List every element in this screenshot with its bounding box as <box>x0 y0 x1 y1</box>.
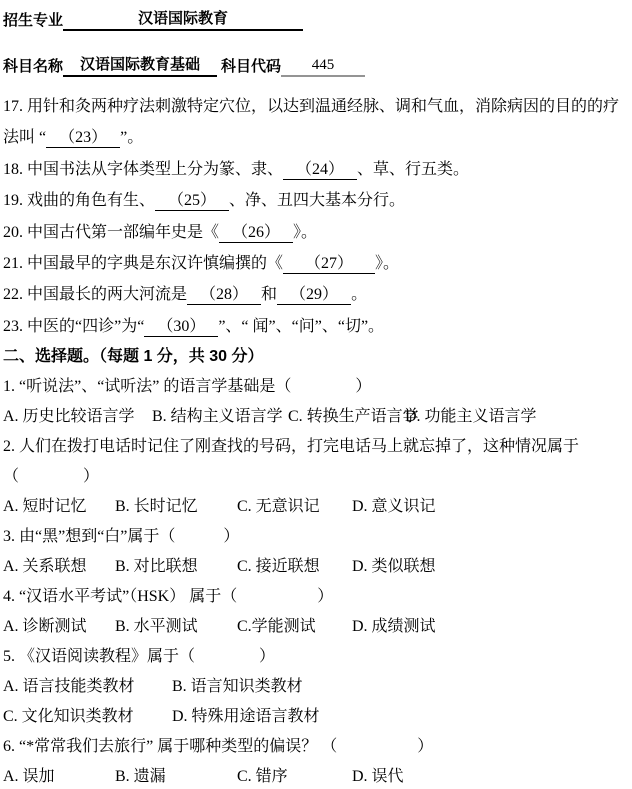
question-17-line1: 17. 用针和灸两种疗法刺激特定穴位，以达到温通经脉、调和气血，消除病因的目的的… <box>3 91 632 122</box>
mc-question-3-options: A. 关系联想 B. 对比联想 C. 接近联想 D. 类似联想 <box>3 552 632 582</box>
question-17-text: 17. 用针和灸两种疗法刺激特定穴位，以达到温通经脉、调和气血，消除病因的目的的… <box>3 98 619 115</box>
blank-23: （23） <box>46 128 120 148</box>
blank-28: （28） <box>187 285 261 305</box>
question-20-post: 》。 <box>293 224 317 241</box>
header-row-admission-major: 招生专业 汉语国际教育 <box>0 0 632 31</box>
question-20-pre: 20. 中国古代第一部编年史是《 <box>3 224 219 241</box>
option-2c: C. 无意识记 <box>237 492 352 522</box>
option-1c: C. 转换生产语言学 <box>288 402 405 432</box>
subject-code-value: 445 <box>281 57 365 77</box>
option-5d: D. 特殊用途语言教材 <box>172 702 320 732</box>
option-6a: A. 误加 <box>3 762 115 789</box>
question-21-line: 21. 中国最早的字典是东汉许慎编撰的《（27）》。 <box>3 248 632 279</box>
option-5c: C. 文化知识类教材 <box>3 702 172 732</box>
option-4d: D. 成绩测试 <box>352 612 436 642</box>
question-19-line: 19. 戏曲的角色有生、（25）、净、丑四大基本分行。 <box>3 185 632 216</box>
header-row-subject: 科目名称 汉语国际教育基础 科目代码 445 <box>0 53 632 77</box>
question-19-post: 、净、丑四大基本分行。 <box>229 192 405 209</box>
blank-27: （27） <box>283 254 375 274</box>
question-18-line: 18. 中国书法从字体类型上分为篆、隶、（24）、草、行五类。 <box>3 154 632 185</box>
mc-question-4-stem: 4. “汉语水平考试”（HSK） 属于（ ） <box>3 582 632 612</box>
mc-question-1-stem: 1. “听说法”、“试听法” 的语言学基础是（ ） <box>3 372 632 402</box>
question-20-line: 20. 中国古代第一部编年史是《（26）》。 <box>3 217 632 248</box>
mc-question-5-stem: 5. 《汉语阅读教程》属于（ ） <box>3 642 632 672</box>
option-3c: C. 接近联想 <box>237 552 352 582</box>
mc-question-5-options-row2: C. 文化知识类教材 D. 特殊用途语言教材 <box>3 702 632 732</box>
section-2-title: 二、选择题。（每题 1 分，共 30 分） <box>3 342 632 372</box>
mc-question-4-options: A. 诊断测试 B. 水平测试 C.学能测试 D. 成绩测试 <box>3 612 632 642</box>
fill-in-section: 17. 用针和灸两种疗法刺激特定穴位，以达到温通经脉、调和气血，消除病因的目的的… <box>0 91 632 342</box>
mc-question-2-stem: 2. 人们在拨打电话时记住了刚查找的号码，打完电话马上就忘掉了，这种情况属于 <box>3 432 632 462</box>
question-22-line: 22. 中国最长的两大河流是（28）和（29）。 <box>3 279 632 310</box>
question-17-line2: 法叫 “（23）”。 <box>3 122 632 153</box>
option-5a: A. 语言技能类教材 <box>3 672 172 702</box>
mc-question-3-stem: 3. 由“黑”想到“白”属于（ ） <box>3 522 632 552</box>
option-3a: A. 关系联想 <box>3 552 115 582</box>
option-1d: D. 功能主义语言学 <box>405 402 537 432</box>
question-21-post: 》。 <box>375 255 399 272</box>
mc-question-5-options-row1: A. 语言技能类教材 B. 语言知识类教材 <box>3 672 632 702</box>
question-23-line: 23. 中医的“四诊”为“（30）”、“ 闻”、“问”、“切”。 <box>3 311 632 342</box>
question-21-pre: 21. 中国最早的字典是东汉许慎编撰的《 <box>3 255 283 272</box>
question-19-pre: 19. 戏曲的角色有生、 <box>3 192 155 209</box>
option-6c: C. 错序 <box>237 762 352 789</box>
mc-question-2-options: A. 短时记忆 B. 长时记忆 C. 无意识记 D. 意义识记 <box>3 492 632 522</box>
question-17-pre: 法叫 “ <box>3 129 46 146</box>
blank-24: （24） <box>283 160 357 180</box>
question-22-pre: 22. 中国最长的两大河流是 <box>3 286 187 303</box>
subject-name-value: 汉语国际教育基础 <box>63 53 217 77</box>
mc-question-2-stem-line2: （ ） <box>3 462 632 492</box>
blank-25: （25） <box>155 191 229 211</box>
subject-code-label: 科目代码 <box>221 55 281 77</box>
option-6d: D. 误代 <box>352 762 404 789</box>
option-2d: D. 意义识记 <box>352 492 436 522</box>
question-23-pre: 23. 中医的“四诊”为“ <box>3 318 144 335</box>
option-4c: C.学能测试 <box>237 612 352 642</box>
mc-question-1-options: A. 历史比较语言学 B. 结构主义语言学 C. 转换生产语言学 D. 功能主义… <box>3 402 632 432</box>
option-2b: B. 长时记忆 <box>115 492 237 522</box>
option-1a: A. 历史比较语言学 <box>3 402 152 432</box>
option-5b: B. 语言知识类教材 <box>172 672 303 702</box>
admission-major-label: 招生专业 <box>3 9 63 31</box>
question-18-pre: 18. 中国书法从字体类型上分为篆、隶、 <box>3 161 283 178</box>
exam-paper-page: 招生专业 汉语国际教育 科目名称 汉语国际教育基础 科目代码 445 17. 用… <box>0 0 632 789</box>
multiple-choice-section: 二、选择题。（每题 1 分，共 30 分） 1. “听说法”、“试听法” 的语言… <box>0 342 632 789</box>
admission-major-value: 汉语国际教育 <box>63 7 303 31</box>
option-6b: B. 遗漏 <box>115 762 237 789</box>
question-18-post: 、草、行五类。 <box>357 161 469 178</box>
option-2a: A. 短时记忆 <box>3 492 115 522</box>
question-22-post: 。 <box>351 286 367 303</box>
question-17-post: ”。 <box>120 129 143 146</box>
blank-30: （30） <box>144 317 218 337</box>
question-23-post: ”、“ 闻”、“问”、“切”。 <box>218 318 384 335</box>
blank-29: （29） <box>277 285 351 305</box>
mc-question-6-stem: 6. “*常常我们去旅行” 属于哪种类型的偏误？ （ ） <box>3 732 632 762</box>
mc-question-6-options: A. 误加 B. 遗漏 C. 错序 D. 误代 <box>3 762 632 789</box>
option-3b: B. 对比联想 <box>115 552 237 582</box>
option-1b: B. 结构主义语言学 <box>152 402 288 432</box>
blank-26: （26） <box>219 223 293 243</box>
option-3d: D. 类似联想 <box>352 552 436 582</box>
subject-name-label: 科目名称 <box>3 55 63 77</box>
option-4b: B. 水平测试 <box>115 612 237 642</box>
question-22-mid: 和 <box>261 286 277 303</box>
option-4a: A. 诊断测试 <box>3 612 115 642</box>
